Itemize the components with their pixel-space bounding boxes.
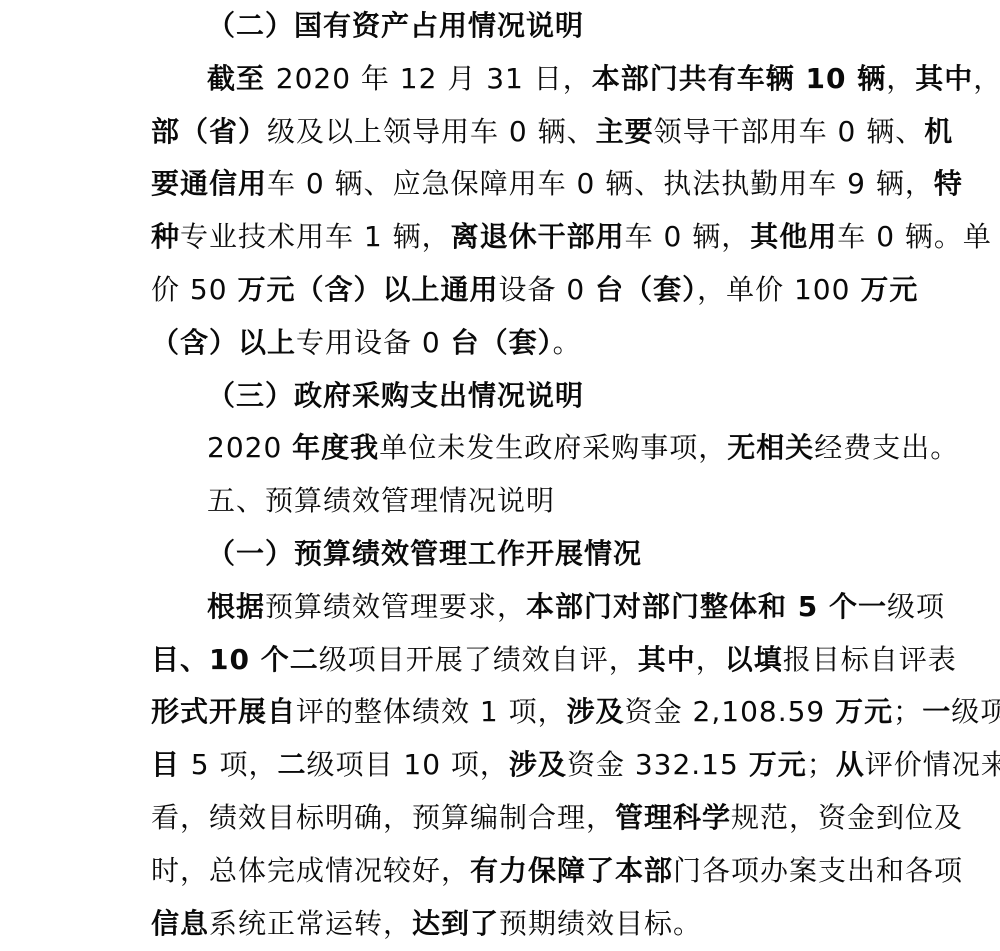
bold-text-run: （含）以上 (151, 326, 296, 359)
text-run: 5 项， (191, 748, 278, 781)
bold-text-run: 达到了 (412, 907, 499, 940)
text-run: ； (807, 748, 836, 781)
text-run: 级项目开展了绩效自评， (319, 643, 638, 676)
bold-text-run: 万元 (749, 748, 807, 781)
text-run: 2020 (207, 431, 292, 464)
text-run: 预期绩效目标。 (499, 907, 702, 940)
text-line: 目 5 项，二级项目 10 项，涉及资金 332.15 万元；从评价情况来 (151, 739, 911, 792)
bold-text-run: 有力保障了本部 (470, 854, 673, 887)
bold-text-run: 截至 (207, 62, 276, 95)
text-run: 。 (553, 326, 582, 359)
bold-text-run: 根据 (207, 590, 265, 623)
bold-text-run: （二）国有资产占用情况说明 (207, 9, 584, 42)
bold-text-run: 台（套） (451, 326, 553, 359)
bold-text-run: 离退休干部用 (451, 220, 625, 253)
text-line: 部（省）级及以上领导用车 0 辆、主要领导干部用车 0 辆、机 (151, 106, 911, 159)
bold-text-run: 目 (151, 748, 191, 781)
text-run: 单位未发生政府采购事项， (379, 431, 727, 464)
text-run: 门各项办案支出和各项 (673, 854, 963, 887)
text-line: 形式开展自评的整体绩效 1 项，涉及资金 2,108.59 万元；一级项 (151, 686, 911, 739)
bold-text-run: 万元（含）以上通用 (237, 273, 498, 306)
text-line: 2020 年度我单位未发生政府采购事项，无相关经费支出。 (151, 422, 911, 475)
bold-text-run: 万元 (835, 695, 893, 728)
section-heading: （一）预算绩效管理工作开展情况 (151, 528, 911, 581)
text-line: 看，绩效目标明确，预算编制合理，管理科学规范，资金到位及 (151, 792, 911, 845)
document-page: （二）国有资产占用情况说明截至 2020 年 12 月 31 日，本部门共有车辆… (0, 0, 1000, 951)
document-body: （二）国有资产占用情况说明截至 2020 年 12 月 31 日，本部门共有车辆… (151, 0, 911, 950)
text-run: 车 0 辆、应急保障用车 0 辆、执法执勤用车 9 辆， (267, 167, 934, 200)
text-run: 级项 (887, 590, 945, 623)
bold-text-run: 信息 (151, 907, 209, 940)
text-run: 级项 (951, 695, 1000, 728)
text-run: 领导干部用车 0 辆、 (654, 115, 925, 148)
text-run: 设备 0 (498, 273, 595, 306)
text-line: （含）以上专用设备 0 台（套）。 (151, 317, 911, 370)
text-line: 时，总体完成情况较好，有力保障了本部门各项办案支出和各项 (151, 845, 911, 898)
text-run: ， (696, 643, 725, 676)
text-line: 根据预算绩效管理要求，本部门对部门整体和 5 个一级项 (151, 581, 911, 634)
text-run: 五、预算绩效管理情况说明 (207, 484, 555, 517)
text-run: ； (893, 695, 922, 728)
text-run: ， (973, 62, 1000, 95)
bold-text-run: 其中 (638, 643, 696, 676)
bold-text-run: （一）预算绩效管理工作开展情况 (207, 537, 642, 570)
bold-text-run: 主要 (596, 115, 654, 148)
text-line: 截至 2020 年 12 月 31 日，本部门共有车辆 10 辆，其中，副 (151, 53, 911, 106)
chapter-heading: 五、预算绩效管理情况说明 (151, 475, 911, 528)
text-run: ，单价 100 (697, 273, 860, 306)
section-heading: （三）政府采购支出情况说明 (151, 370, 911, 423)
bold-text-run: 特 (934, 167, 963, 200)
bold-text-run: 机 (924, 115, 953, 148)
text-run: 评的整体绩效 1 项， (296, 695, 567, 728)
bold-text-run: 二 (277, 748, 306, 781)
bold-text-run: （三）政府采购支出情况说明 (207, 379, 584, 412)
bold-text-run: 无相关 (727, 431, 814, 464)
bold-text-run: 本部门对部门整体和 5 个一 (526, 590, 887, 623)
text-line: 种专业技术用车 1 辆，离退休干部用车 0 辆，其他用车 0 辆。单 (151, 211, 911, 264)
bold-text-run: 目、10 个二 (151, 643, 319, 676)
bold-text-run: 部（省） (151, 115, 267, 148)
bold-text-run: 以填 (725, 643, 783, 676)
bold-text-run: 涉及 (509, 748, 567, 781)
section-heading: （二）国有资产占用情况说明 (151, 0, 911, 53)
text-line: 目、10 个二级项目开展了绩效自评，其中，以填报目标自评表 (151, 634, 911, 687)
text-run: 评价情况来 (865, 748, 1000, 781)
text-run: 价 50 (151, 273, 237, 306)
text-run: 经费支出。 (814, 431, 959, 464)
bold-text-run: 涉及 (567, 695, 625, 728)
text-run: ， (886, 62, 915, 95)
bold-text-run: 本部门共有车辆 10 辆 (592, 62, 886, 95)
text-run: 规范，资金到位及 (731, 801, 963, 834)
text-line: 信息系统正常运转，达到了预期绩效目标。 (151, 898, 911, 951)
bold-text-run: 形式开展自 (151, 695, 296, 728)
text-run: 级及以上领导用车 0 辆、 (267, 115, 596, 148)
bold-text-run: 要通信用 (151, 167, 267, 200)
text-line: 要通信用车 0 辆、应急保障用车 0 辆、执法执勤用车 9 辆，特 (151, 158, 911, 211)
bold-text-run: 其他用 (750, 220, 837, 253)
text-run: 时，总体完成情况较好， (151, 854, 470, 887)
text-run: 车 0 辆。单 (837, 220, 992, 253)
bold-text-run: 种 (151, 220, 180, 253)
text-line: 价 50 万元（含）以上通用设备 0 台（套），单价 100 万元 (151, 264, 911, 317)
bold-text-run: 一 (922, 695, 951, 728)
text-run: 2020 年 12 月 31 日， (276, 62, 592, 95)
text-run: 级项目 10 项， (306, 748, 508, 781)
text-run: 看，绩效目标明确，预算编制合理， (151, 801, 615, 834)
text-run: 报目标自评表 (783, 643, 957, 676)
bold-text-run: 从 (836, 748, 865, 781)
bold-text-run: 台（套） (595, 273, 697, 306)
text-run: 专用设备 0 (296, 326, 451, 359)
bold-text-run: 万元 (860, 273, 918, 306)
text-run: 预算绩效管理要求， (265, 590, 526, 623)
text-run: 系统正常运转， (209, 907, 412, 940)
text-run: 专业技术用车 1 辆， (180, 220, 451, 253)
bold-text-run: 其中 (915, 62, 973, 95)
bold-text-run: 年度我 (292, 431, 379, 464)
bold-text-run: 管理科学 (615, 801, 731, 834)
text-run: 资金 332.15 (567, 748, 749, 781)
text-run: 车 0 辆， (625, 220, 751, 253)
text-run: 资金 2,108.59 (625, 695, 836, 728)
